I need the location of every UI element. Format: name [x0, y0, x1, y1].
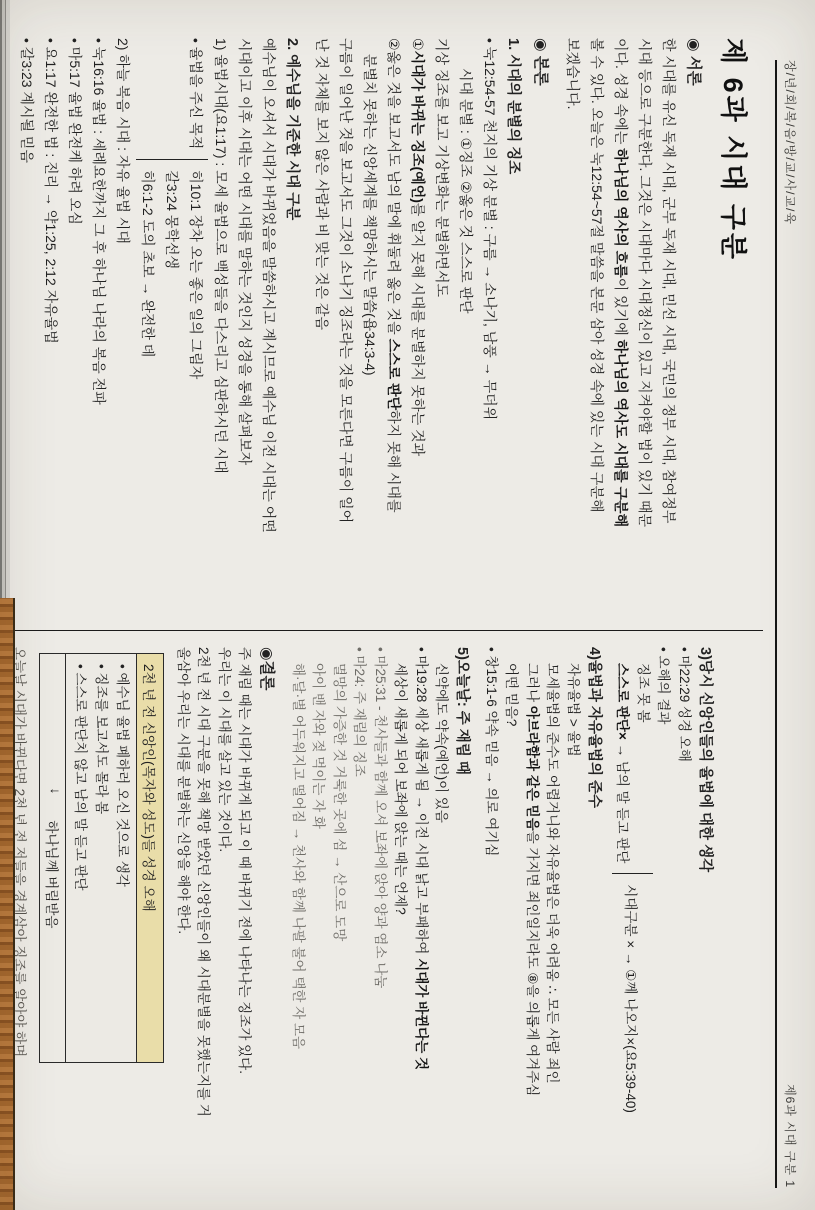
text-line: 멸망의 가증한 것 거룩한 곳에 섬 → 산으로 도망 — [329, 647, 350, 1186]
text-line: 구름이 일어난 것을 보고서도 그것이 소나기 징조라는 것을 모른다면 구름이… — [334, 38, 358, 624]
running-header-page-number: 제6과 시대 구분 1 — [782, 1084, 799, 1188]
down-arrow-icon: ↓ — [44, 788, 64, 795]
table-row: • 예수님 율법 폐하러 오신 것으로 생각 — [113, 664, 134, 1052]
text-line: 울삼아 우리는 시대를 분별하는 신앙을 해야 한다. — [173, 647, 194, 1186]
text-line: 보겠습니다. — [561, 38, 585, 624]
section-heading: ◉결론 — [258, 647, 280, 1186]
scanned-document-page: 장/년/회/복/음/방/교/사/교/육 제6과 시대 구분 1 제 6과 시대 … — [0, 0, 815, 1210]
brace-lines: 징조 못 봄스스로 판단× → 남의 말 듣고 판단 — [612, 663, 653, 874]
subsection-heading: 2. 예수님을 기준한 시대 구분 — [283, 38, 304, 624]
text-line: 시대 분별 : ①징조 ②옳은 것 스스로 판단 — [454, 38, 478, 624]
text-line: 신약에도 약속(예언)이 있음 — [431, 647, 452, 1186]
text-line: • 눅12:54-57 천지의 기상 분별 : 구름 → 소나기, 남풍 → 무… — [478, 38, 502, 624]
text-line: 모세율법의 준수도 어렵거니와 자유율법은 더욱 어려움 ∴ 모든 사람 죄인 — [542, 647, 563, 1186]
text-line: • 마22:29 성경 오해 — [674, 647, 695, 1186]
table-header-cell: 2천 년 전 신앙인(목자와 성도)들 성경 오해 — [137, 654, 164, 1062]
table-body-cell: • 예수님 율법 폐하러 오신 것으로 생각• 징조를 보고서도 몰라 봄• 스… — [67, 654, 137, 1062]
text-line: • 요1:17 완전한 법 : 진리 → 약1:25, 2:12 자유율법 — [39, 38, 63, 624]
text-line: ②옳은 것을 보고서도 남의 말에 휘둘려 옳은 것을 스스로 판단하지 못해 … — [382, 38, 406, 624]
brace-line: 스스로 판단× → 남의 말 듣고 판단 — [612, 663, 633, 863]
book-binding-edge-strip — [0, 598, 15, 1210]
brace-item: 갈3:24 몽학선생 — [160, 170, 184, 379]
emphasized-text: 하나님의 역사도 시대를 구분해 — [613, 340, 629, 527]
left-column: 제 6과 시대 구분 ◉ 서론한 시대를 유신 독재 시대, 군부 독재 시대,… — [8, 16, 763, 630]
brace-item: 히6:1-2 도의 초보 → 완전한 데 — [136, 170, 160, 379]
emphasized-text: 스스로 판단× — [616, 663, 631, 740]
emphasized-text: 시대가 바뀌는 징조(예언) — [410, 51, 426, 203]
right-column: 3)당시 신앙인들의 율법에 대한 생각• 마22:29 성경 오해• 오해의 … — [8, 630, 763, 1194]
section-heading: ◉ 서론 — [684, 38, 706, 624]
right-column-text: 3)당시 신앙인들의 율법에 대한 생각• 마22:29 성경 오해• 오해의 … — [0, 647, 717, 1186]
text-line: 아이 밴 자와 젖 먹이는 자 화 — [308, 647, 329, 1186]
text-line: 이다. 성경 속에는 하나님의 역사의 흐름이 있기에 하나님의 역사도 시대를… — [609, 38, 633, 624]
text-line: ①시대가 바뀌는 징조(예언)를 알지 못해 시대를 분별하지 못하는 것과 — [406, 38, 430, 624]
brace-item-list: 히10:1 장차 오는 좋은 일의 그림자갈3:24 몽학선생히6:1-2 도의… — [136, 159, 208, 379]
table-row: • 징조를 보고서도 몰라 봄 — [92, 664, 113, 1052]
text-line: 기상 징조를 보고 기상변화는 분별하면서도 — [430, 38, 454, 624]
two-column-body: 제 6과 시대 구분 ◉ 서론한 시대를 유신 독재 시대, 군부 독재 시대,… — [8, 16, 763, 1194]
lesson-title: 제 6과 시대 구분 — [716, 38, 755, 624]
text-line: • 마24: 주 재림의 징조 — [349, 647, 370, 1186]
text-line: 시대 등으로 구분한다. 그것은 시대마다 시대정신이 있고 지켜야할 법이 있… — [633, 38, 657, 624]
running-header: 장/년/회/복/음/방/교/사/교/육 제6과 시대 구분 1 — [775, 60, 799, 1188]
subsection-heading: 4)율법과 자유율법의 준수 — [585, 647, 606, 1186]
emphasized-text: 스스로 판단 — [386, 339, 402, 411]
text-line: • 창15:1-6 약속 믿음 → 의로 여기심 — [481, 647, 502, 1186]
text-line: • 오해의 결과 — [653, 647, 674, 1186]
text-line: • 눅16:16 율법 : 세례요한까지 그 후 하나님 나라의 복음 전파 — [87, 38, 111, 624]
text-line: 1) 율법시대(요1:17) : 모세 율법으로 백성들을 다스리고 심판하시던… — [209, 38, 233, 624]
text-line: • 마25:31 - 천사들과 함께 오셔 보좌에 앉아 양과 염소 나눔 — [370, 647, 391, 1186]
result-brace-block: 징조 못 봄스스로 판단× → 남의 말 듣고 판단시대구분 × → ①께 나오… — [612, 663, 653, 1186]
table-footer-text: 하나님께 버림받음 — [44, 820, 64, 928]
brace-item: 히10:1 장차 오는 좋은 일의 그림자 — [184, 170, 208, 379]
scan-page-edge-shadow — [0, 0, 10, 600]
table-footer-row: ↓하나님께 버림받음 — [41, 654, 67, 1062]
text-line: 시대이고 이후 시대는 어떤 시대를 말하는 것인지 성경을 통해 살펴보자 — [233, 38, 257, 624]
subsection-heading: 1. 시대의 분별의 징조 — [504, 38, 525, 624]
text-line: 우리는 이 시대를 살고 있는 것이다. — [214, 647, 235, 1186]
text-line: • 마5:17 율법 완전케 하려 오심 — [63, 38, 87, 624]
purpose-brace-block: • 율법을 주신 목적히10:1 장차 오는 좋은 일의 그림자갈3:24 몽학… — [136, 38, 208, 624]
subsection-heading: 5)오늘날: 주 재림 때 — [454, 647, 475, 1186]
summary-table: 2천 년 전 신앙인(목자와 성도)들 성경 오해• 예수님 율법 폐하러 오신… — [40, 653, 165, 1063]
text-line: 2) 하늘 복음 시대 : 자유 율법 시대 — [111, 38, 135, 624]
text-line: 난 것 자체를 보지 않은 사람과 비 맞는 것은 같음 — [310, 38, 334, 624]
left-column-text: ◉ 서론한 시대를 유신 독재 시대, 군부 독재 시대, 민선 시대, 국민의… — [15, 38, 706, 624]
brace-line: 징조 못 봄 — [633, 663, 654, 863]
text-line: 세상이 새롭게 되어 보좌에 앉는 때는 언제? — [390, 647, 411, 1186]
text-line: 한 시대를 유신 독재 시대, 군부 독재 시대, 민선 시대, 국민의 정부 … — [657, 38, 681, 624]
text-line: 자유율법 > 율법 — [563, 647, 584, 1186]
rotated-landscape-page: 장/년/회/복/음/방/교/사/교/육 제6과 시대 구분 1 제 6과 시대 … — [0, 0, 815, 1210]
text-line: 그러나 아브라함과 같은 믿음을 가지면 죄인일지라도 ⑧을 의롭게 여겨주심 — [522, 647, 543, 1186]
running-header-left: 장/년/회/복/음/방/교/사/교/육 — [782, 60, 799, 225]
table-row: • 스스로 판단치 않고 남의 말 듣고 판단 — [71, 664, 92, 1052]
section-heading: ◉ 본론 — [531, 38, 553, 624]
text-line: 해·달·별 어두워지고 떨어짐 → 천사와 함께 나팔 불어 택한 자 모음 — [288, 647, 309, 1186]
emphasized-text: 하나님의 역사의 흐름 — [613, 148, 629, 278]
emphasized-text: 시대가 바뀐다는 것 — [414, 958, 429, 1070]
text-line: 볼 수 있다. 오늘은 눅12:54~57절 말씀을 본문 삼아 성경 속에 있… — [585, 38, 609, 624]
text-line: • 마19:28 세상 새롭게 됨 → 이전 시대 낡고 부패하여 시대가 바뀐… — [411, 647, 432, 1186]
text-line: 2천 년 전 시대 구분을 못해 책망 받았던 신앙인들이 왜 시대분별을 못했… — [193, 647, 214, 1186]
emphasized-text: 아브라함과 같은 믿음 — [525, 706, 540, 831]
text-line: 분별치 못하는 신앙세계를 책망하시는 말씀(욥34:3-4) — [358, 38, 382, 624]
text-line: 주 재림 때는 시대가 바뀌게 되고 이 때 바뀌기 전에 나타나는 징조가 있… — [234, 647, 255, 1186]
text-line: 예수님이 오셔서 시대가 바뀌었음을 말씀하시고 계시므로 예수님 이전 시대는… — [257, 38, 281, 624]
text-line: 어떤 믿음? — [501, 647, 522, 1186]
purpose-label: • 율법을 주신 목적 — [184, 38, 208, 149]
text-line: • 갈3:23 계시될 믿음 — [15, 38, 39, 624]
subsection-heading: 3)당시 신앙인들의 율법에 대한 생각 — [696, 647, 717, 1186]
brace-result: 시대구분 × → ①께 나오지×(요5:39-40) — [623, 874, 643, 1113]
